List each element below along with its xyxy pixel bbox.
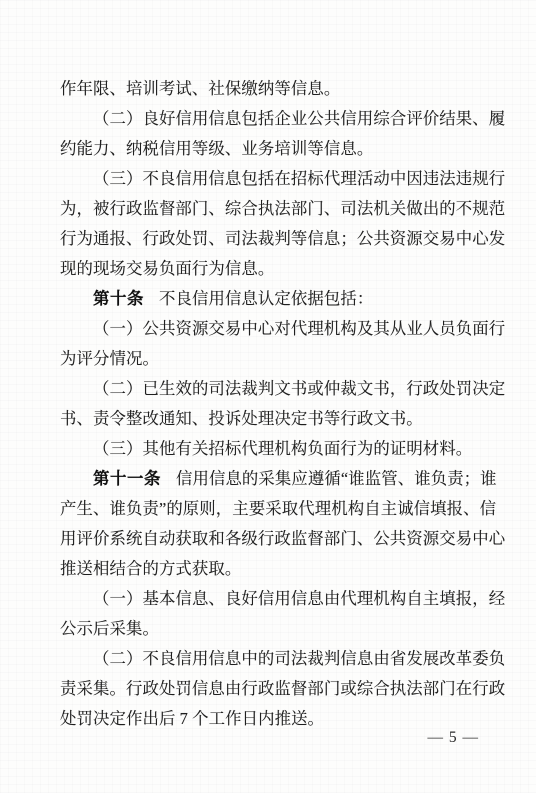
text-line: （二）已生效的司法裁判文书或仲裁文书，行政处罚决定	[60, 374, 507, 404]
line-text: 为，被行政监督部门、综合执法部门、司法机关做出的不规范	[60, 199, 505, 218]
text-line: （一）基本信息、良好信用信息由代理机构自主填报，经	[60, 584, 507, 614]
line-text: 不良信用信息认定依据包括：	[159, 289, 373, 308]
line-text: 为评分情况。	[60, 349, 159, 368]
text-line: （三）其他有关招标代理机构负面行为的证明材料。	[60, 434, 507, 464]
text-line: 约能力、纳税信用等级、业务培训等信息。	[60, 134, 507, 164]
scanned-document-screenshot: { "page": { "number_label": "— 5 —" }, "…	[0, 0, 536, 793]
text-line: （二）良好信用信息包括企业公共信用综合评价结果、履	[60, 104, 507, 134]
line-text: 行为通报、行政处罚、司法裁判等信息；公共资源交易中心发	[60, 229, 505, 248]
text-line: 为，被行政监督部门、综合执法部门、司法机关做出的不规范	[60, 194, 507, 224]
line-text: （一）公共资源交易中心对代理机构及其从业人员负面行	[93, 319, 505, 338]
text-line: 书、责令整改通知、投诉处理决定书等行政文书。	[60, 404, 507, 434]
line-text: 责采集。行政处罚信息由行政监督部门或综合执法部门在行政	[60, 679, 505, 698]
text-line: 推送相结合的方式获取。	[60, 554, 507, 584]
document-page: 作年限、培训考试、社保缴纳等信息。 （二）良好信用信息包括企业公共信用综合评价结…	[0, 0, 536, 793]
line-text: 推送相结合的方式获取。	[60, 559, 241, 578]
text-line: 用评价系统自动获取和各级行政监督部门、公共资源交易中心	[60, 524, 507, 554]
text-line: （二）不良信用信息中的司法裁判信息由省发展改革委负	[60, 644, 507, 674]
line-text: （二）已生效的司法裁判文书或仲裁文书，行政处罚决定	[93, 379, 505, 398]
text-line: （一）公共资源交易中心对代理机构及其从业人员负面行	[60, 314, 507, 344]
line-text: 用评价系统自动获取和各级行政监督部门、公共资源交易中心	[60, 529, 505, 548]
text-line: 第十一条信用信息的采集应遵循“谁监管、谁负责；谁	[60, 464, 507, 494]
text-line: （三）不良信用信息包括在招标代理活动中因违法违规行	[60, 164, 507, 194]
text-line: 产生、谁负责”的原则，主要采取代理机构自主诚信填报、信	[60, 494, 507, 524]
line-text: 产生、谁负责”的原则，主要采取代理机构自主诚信填报、信	[60, 499, 496, 518]
line-text: 现的现场交易负面行为信息。	[60, 259, 274, 278]
line-text: （一）基本信息、良好信用信息由代理机构自主填报，经	[93, 589, 505, 608]
text-line: 为评分情况。	[60, 344, 507, 374]
text-line: 公示后采集。	[60, 614, 507, 644]
line-text: 约能力、纳税信用等级、业务培训等信息。	[60, 139, 373, 158]
line-text: （二）良好信用信息包括企业公共信用综合评价结果、履	[93, 109, 505, 128]
line-text: （二）不良信用信息中的司法裁判信息由省发展改革委负	[93, 649, 505, 668]
article-number: 第十一条	[93, 469, 161, 488]
line-text: 处罚决定作出后 7 个工作日内推送。	[60, 709, 324, 728]
text-line: 责采集。行政处罚信息由行政监督部门或综合执法部门在行政	[60, 674, 507, 704]
line-text: 信用信息的采集应遵循“谁监管、谁负责；谁	[176, 469, 497, 488]
line-text: 作年限、培训考试、社保缴纳等信息。	[60, 79, 340, 98]
line-text: 书、责令整改通知、投诉处理决定书等行政文书。	[60, 409, 423, 428]
line-text: 公示后采集。	[60, 619, 159, 638]
text-line: 第十条不良信用信息认定依据包括：	[60, 284, 507, 314]
page-number: — 5 —	[428, 727, 480, 749]
text-line: 作年限、培训考试、社保缴纳等信息。	[60, 74, 507, 104]
line-text: （三）不良信用信息包括在招标代理活动中因违法违规行	[93, 169, 505, 188]
article-number: 第十条	[93, 289, 144, 308]
line-text: （三）其他有关招标代理机构负面行为的证明材料。	[93, 439, 472, 458]
text-line: 行为通报、行政处罚、司法裁判等信息；公共资源交易中心发	[60, 224, 507, 254]
text-line: 现的现场交易负面行为信息。	[60, 254, 507, 284]
document-body: 作年限、培训考试、社保缴纳等信息。 （二）良好信用信息包括企业公共信用综合评价结…	[60, 74, 507, 734]
